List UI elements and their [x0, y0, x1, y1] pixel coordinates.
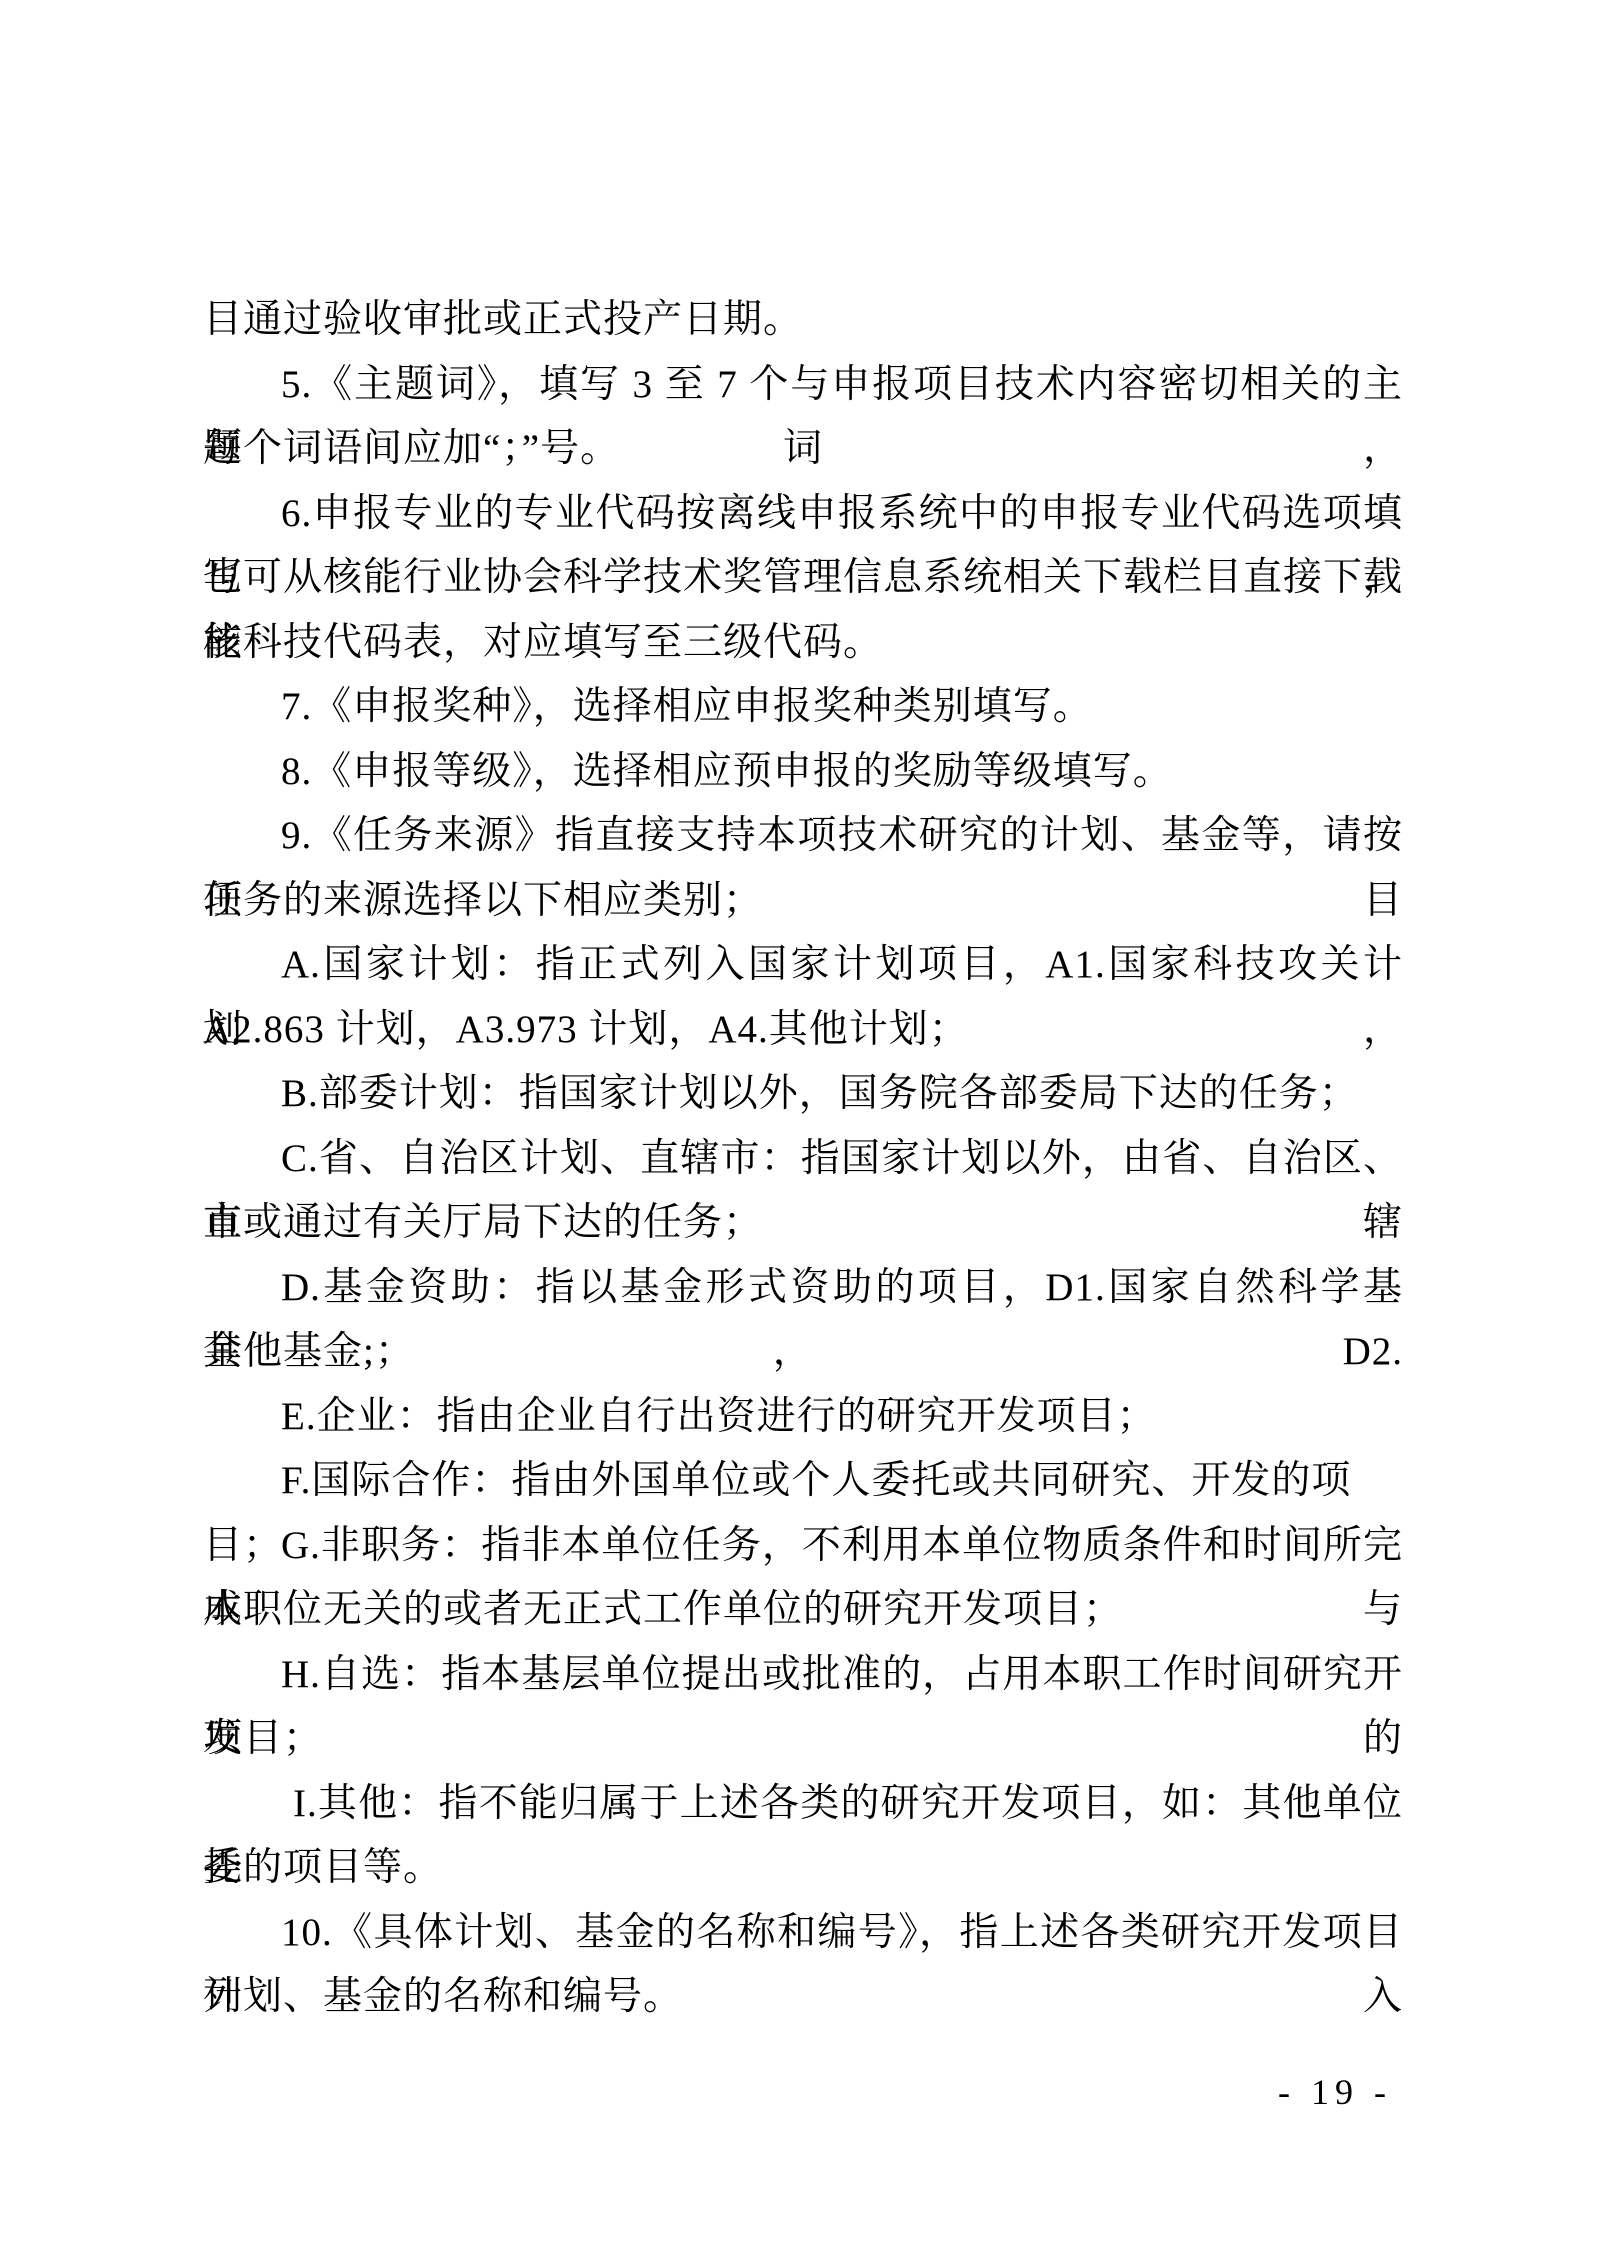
text-line: A.国家计划：指正式列入国家计划项目，A1.国家科技攻关计划，: [203, 933, 1403, 998]
page-number: - 19 -: [1278, 2072, 1392, 2112]
text-line: 10.《具体计划、基金的名称和编号》，指上述各类研究开发项目列入: [203, 1901, 1403, 1966]
text-line: 托的项目等。: [203, 1836, 1403, 1901]
text-line: 也可从核能行业协会科学技术奖管理信息系统相关下载栏目直接下载核: [203, 546, 1403, 611]
text-line: H.自选：指本基层单位提出或批准的，占用本职工作时间研究开发的: [203, 1643, 1403, 1708]
text-line: F.国际合作：指由外国单位或个人委托或共同研究、开发的项目；: [203, 1449, 1403, 1514]
text-line: D.基金资助：指以基金形式资助的项目，D1.国家自然科学基金，D2.: [203, 1256, 1403, 1321]
text-line: B.部委计划：指国家计划以外，国务院各部委局下达的任务；: [203, 1062, 1403, 1127]
text-line: 5.《主题词》，填写 3 至 7 个与申报项目技术内容密切相关的主题词，: [203, 353, 1403, 418]
text-line: 9.《任务来源》指直接支持本项技术研究的计划、基金等，请按项目: [203, 804, 1403, 869]
text-line: 目通过验收审批或正式投产日期。: [203, 288, 1403, 353]
document-body: 目通过验收审批或正式投产日期。 5.《主题词》，填写 3 至 7 个与申报项目技…: [203, 288, 1403, 2030]
text-line: 能科技代码表，对应填写至三级代码。: [203, 611, 1403, 676]
text-line: 8.《申报等级》，选择相应预申报的奖励等级填写。: [203, 740, 1403, 805]
text-line: I.其他：指不能归属于上述各类的研究开发项目，如：其他单位委: [203, 1772, 1403, 1837]
text-line: G.非职务：指非本单位任务，不利用本单位物质条件和时间所完成与: [203, 1514, 1403, 1579]
text-line: E.企业：指由企业自行出资进行的研究开发项目；: [203, 1385, 1403, 1450]
text-line: 6.申报专业的专业代码按离线申报系统中的申报专业代码选项填写，: [203, 482, 1403, 547]
text-line: C.省、自治区计划、直辖市：指国家计划以外，由省、自治区、直辖: [203, 1127, 1403, 1192]
document-page: 目通过验收审批或正式投产日期。 5.《主题词》，填写 3 至 7 个与申报项目技…: [0, 0, 1600, 2262]
text-line: 7.《申报奖种》，选择相应申报奖种类别填写。: [203, 675, 1403, 740]
